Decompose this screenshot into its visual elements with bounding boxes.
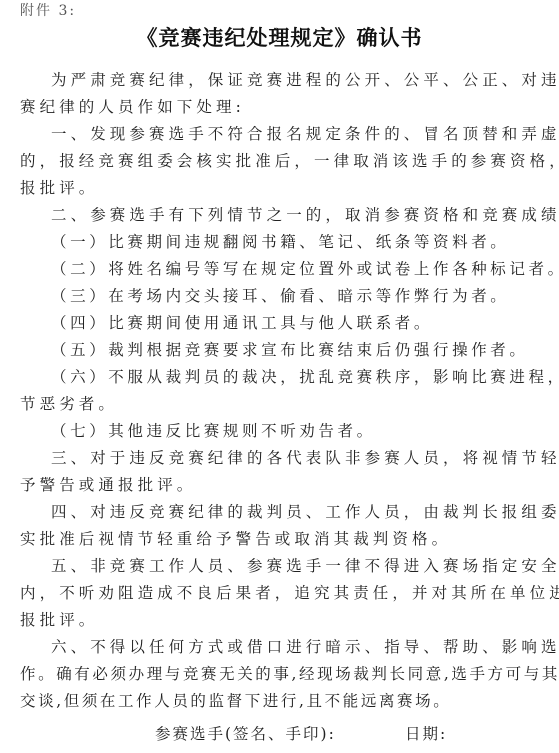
attachment-label: 附件 3: (20, 0, 76, 20)
list-item: （二）将姓名编号等写在规定位置外或试卷上作各种标记者。 (20, 256, 482, 283)
paragraph-line: 报批评。 (20, 175, 482, 202)
paragraph-line: 六、不得以任何方式或借口进行暗示、指导、帮助、影响选手操 (20, 634, 482, 661)
paragraph-line: 为严肃竞赛纪律，保证竞赛进程的公开、公平、公正、对违反竞 (20, 67, 482, 94)
list-item: （五）裁判根据竞赛要求宣布比赛结束后仍强行操作者。 (20, 337, 482, 364)
paragraph-line: 予警告或通报批评。 (20, 472, 482, 499)
paragraph-line: 二、参赛选手有下列情节之一的，取消参赛资格和竞赛成绩: (20, 202, 482, 229)
paragraph-line: 内，不听劝阻造成不良后果者，追究其责任，并对其所在单位进行通 (20, 580, 482, 607)
list-item: （七）其他违反比赛规则不听劝告者。 (20, 418, 482, 445)
list-item: （一）比赛期间违规翻阅书籍、笔记、纸条等资料者。 (20, 229, 482, 256)
list-item: （三）在考场内交头接耳、偷看、暗示等作弊行为者。 (20, 283, 482, 310)
document-title: 《竞赛违纪处理规定》确认书 (0, 22, 559, 52)
paragraph-line: 交谈,但须在工作人员的监督下进行,且不能远离赛场。 (20, 688, 482, 715)
paragraph-line: 五、非竞赛工作人员、参赛选手一律不得进入赛场指定安全范围 (20, 553, 482, 580)
paragraph-line: 实批准后视情节轻重给予警告或取消其裁判资格。 (20, 526, 482, 553)
paragraph-line: 作。确有必须办理与竞赛无关的事,经现场裁判长同意,选手方可与其 (20, 661, 482, 688)
date-label: 日期: (405, 722, 447, 744)
list-item: （六）不服从裁判员的裁决，扰乱竞赛秩序，影响比赛进程，情 (20, 364, 482, 391)
paragraph-line: 报批评。 (20, 607, 482, 634)
participant-signature-label: 参赛选手(签名、手印): (155, 722, 336, 744)
paragraph-line: 三、对于违反竞赛纪律的各代表队非参赛人员，将视情节轻重给 (20, 445, 482, 472)
paragraph-line: 的，报经竞赛组委会核实批准后，一律取消该选手的参赛资格，并通 (20, 148, 482, 175)
list-item: （四）比赛期间使用通讯工具与他人联系者。 (20, 310, 482, 337)
paragraph-line: 赛纪律的人员作如下处理: (20, 94, 482, 121)
paragraph-line: 一、发现参赛选手不符合报名规定条件的、冒名顶替和弄虚作假 (20, 121, 482, 148)
paragraph-line: 节恶劣者。 (20, 391, 482, 418)
document-body: 为严肃竞赛纪律，保证竞赛进程的公开、公平、公正、对违反竞 赛纪律的人员作如下处理… (20, 67, 482, 715)
paragraph-line: 四、对违反竞赛纪律的裁判员、工作人员，由裁判长报组委会核 (20, 499, 482, 526)
